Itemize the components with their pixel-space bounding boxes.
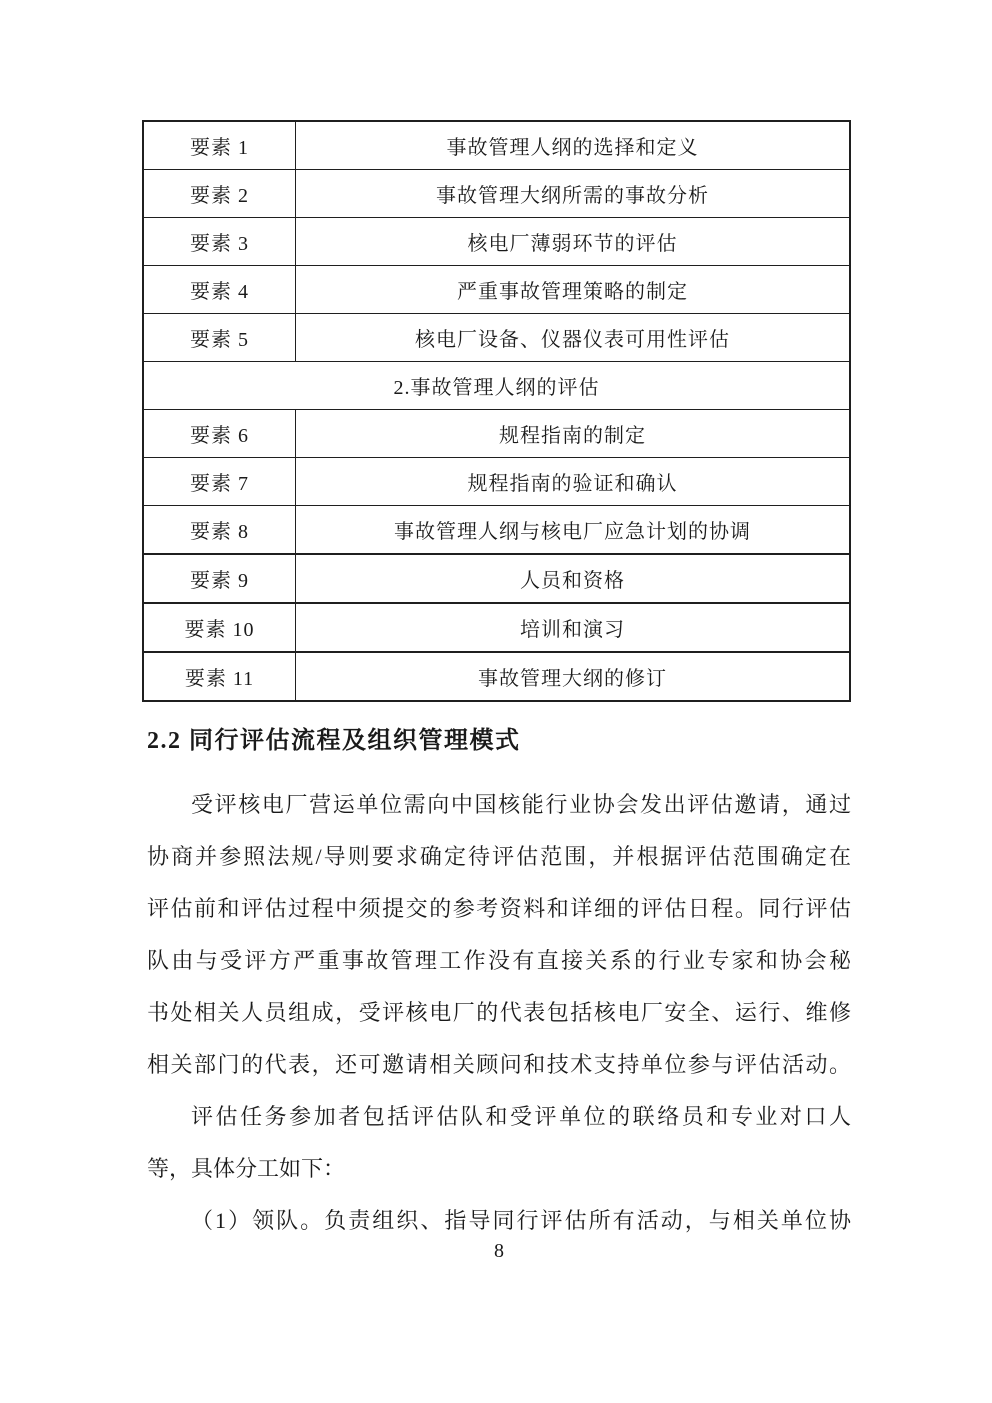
row-desc-cell: 严重事故管理策略的制定 xyxy=(296,266,851,314)
row-desc-cell: 培训和演习 xyxy=(296,603,851,652)
body-line: 受评核电厂营运单位需向中国核能行业协会发出评估邀请，通过 xyxy=(147,779,851,831)
row-label-cell: 要素 7 xyxy=(143,458,296,506)
table-row: 要素 6 规程指南的制定 xyxy=(143,410,850,458)
row-desc-cell: 事故管理人纲与核电厂应急计划的协调 xyxy=(296,506,851,555)
body-line: 评估前和评估过程中须提交的参考资料和详细的评估日程。同行评估 xyxy=(147,883,851,935)
table-row: 要素 3 核电厂薄弱环节的评估 xyxy=(143,218,850,266)
body-line: 书处相关人员组成，受评核电厂的代表包括核电厂安全、运行、维修 xyxy=(147,987,851,1039)
body-line: 队由与受评方严重事故管理工作没有直接关系的行业专家和协会秘 xyxy=(147,935,851,987)
row-label-cell: 要素 6 xyxy=(143,410,296,458)
row-label-cell: 要素 10 xyxy=(143,603,296,652)
table-row: 要素 11 事故管理大纲的修订 xyxy=(143,652,850,701)
table-row: 要素 10 培训和演习 xyxy=(143,603,850,652)
row-label-cell: 要素 4 xyxy=(143,266,296,314)
table-row: 要素 1 事故管理人纲的选择和定义 xyxy=(143,121,850,170)
elements-table: 要素 1 事故管理人纲的选择和定义 要素 2 事故管理大纲所需的事故分析 要素 … xyxy=(142,120,851,702)
table-row: 要素 5 核电厂设备、仪器仪表可用性评估 xyxy=(143,314,850,362)
row-desc-cell: 规程指南的验证和确认 xyxy=(296,458,851,506)
body-line: 等，具体分工如下： xyxy=(147,1143,851,1195)
row-desc-cell: 核电厂设备、仪器仪表可用性评估 xyxy=(296,314,851,362)
row-label-cell: 要素 3 xyxy=(143,218,296,266)
row-label-cell: 要素 8 xyxy=(143,506,296,555)
document-page: 要素 1 事故管理人纲的选择和定义 要素 2 事故管理大纲所需的事故分析 要素 … xyxy=(0,0,992,1403)
row-label-cell: 要素 11 xyxy=(143,652,296,701)
merged-section-cell: 2.事故管理人纲的评估 xyxy=(143,362,850,410)
table-row: 要素 8 事故管理人纲与核电厂应急计划的协调 xyxy=(143,506,850,555)
page-number: 8 xyxy=(147,1236,851,1266)
table-row: 要素 9 人员和资格 xyxy=(143,554,850,603)
section-heading: 2.2 同行评估流程及组织管理模式 xyxy=(147,720,851,755)
row-desc-cell: 事故管理人纲的选择和定义 xyxy=(296,121,851,170)
row-desc-cell: 核电厂薄弱环节的评估 xyxy=(296,218,851,266)
row-desc-cell: 人员和资格 xyxy=(296,554,851,603)
body-line: 评估任务参加者包括评估队和受评单位的联络员和专业对口人 xyxy=(147,1091,851,1143)
body-line: 相关部门的代表，还可邀请相关顾问和技术支持单位参与评估活动。 xyxy=(147,1039,851,1091)
body-line: 协商并参照法规/导则要求确定待评估范围，并根据评估范围确定在 xyxy=(147,831,851,883)
row-desc-cell: 事故管理大纲的修订 xyxy=(296,652,851,701)
table-merged-row: 2.事故管理人纲的评估 xyxy=(143,362,850,410)
body-text: 受评核电厂营运单位需向中国核能行业协会发出评估邀请，通过 协商并参照法规/导则要… xyxy=(147,779,851,1247)
table-row: 要素 4 严重事故管理策略的制定 xyxy=(143,266,850,314)
row-label-cell: 要素 2 xyxy=(143,170,296,218)
table-row: 要素 7 规程指南的验证和确认 xyxy=(143,458,850,506)
table-row: 要素 2 事故管理大纲所需的事故分析 xyxy=(143,170,850,218)
row-label-cell: 要素 5 xyxy=(143,314,296,362)
row-desc-cell: 规程指南的制定 xyxy=(296,410,851,458)
row-label-cell: 要素 1 xyxy=(143,121,296,170)
row-desc-cell: 事故管理大纲所需的事故分析 xyxy=(296,170,851,218)
row-label-cell: 要素 9 xyxy=(143,554,296,603)
